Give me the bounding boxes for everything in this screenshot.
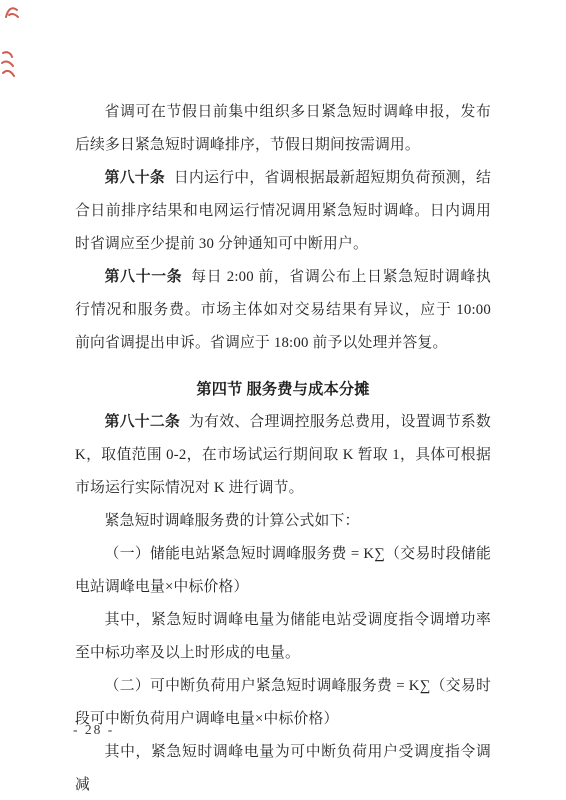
paragraph: 其中，紧急短时调峰电量为可中断负荷用户受调度指令调减 bbox=[75, 736, 491, 800]
red-ink-mark-icon bbox=[0, 49, 16, 84]
document-body: 省调可在节假日前集中组织多日紧急短时调峰申报，发布后续多日紧急短时调峰排序，节假… bbox=[75, 96, 491, 800]
formula-storage-station: （一）储能电站紧急短时调峰服务费 = K∑（交易时段储能电站调峰电量×中标价格） bbox=[75, 538, 491, 604]
paragraph-article-82: 第八十二条为有效、合理调控服务总费用，设置调节系数 K，取值范围 0-2，在市场… bbox=[75, 406, 491, 505]
paragraph-text: 其中，紧急短时调峰电量为储能电站受调度指令调增功率至中标功率及以上时形成的电量。 bbox=[75, 612, 491, 661]
red-ink-mark-icon bbox=[4, 3, 21, 27]
paragraph: 省调可在节假日前集中组织多日紧急短时调峰申报，发布后续多日紧急短时调峰排序，节假… bbox=[75, 96, 491, 162]
paragraph-article-81: 第八十一条每日 2:00 前，省调公布上日紧急短时调峰执行情况和服务费。市场主体… bbox=[75, 261, 491, 360]
paragraph-text: （一）储能电站紧急短时调峰服务费 = K∑（交易时段储能电站调峰电量×中标价格） bbox=[75, 546, 491, 595]
paragraph-text: 其中，紧急短时调峰电量为可中断负荷用户受调度指令调减 bbox=[75, 744, 491, 793]
formula-interruptible-load: （二）可中断负荷用户紧急短时调峰服务费 = K∑（交易时段可中断负荷用户调峰电量… bbox=[75, 670, 491, 736]
article-number: 第八十二条 bbox=[105, 414, 181, 430]
section-heading: 第四节 服务费与成本分摊 bbox=[75, 373, 491, 406]
article-number: 第八十一条 bbox=[105, 269, 183, 285]
paragraph-text: （二）可中断负荷用户紧急短时调峰服务费 = K∑（交易时段可中断负荷用户调峰电量… bbox=[75, 678, 491, 727]
paragraph: 紧急短时调峰服务费的计算公式如下： bbox=[75, 505, 491, 538]
paragraph: 其中，紧急短时调峰电量为储能电站受调度指令调增功率至中标功率及以上时形成的电量。 bbox=[75, 604, 491, 670]
page-number: - 28 - bbox=[73, 720, 114, 740]
document-page: 省调可在节假日前集中组织多日紧急短时调峰申报，发布后续多日紧急短时调峰排序，节假… bbox=[0, 0, 566, 800]
paragraph-text: 省调可在节假日前集中组织多日紧急短时调峰申报，发布后续多日紧急短时调峰排序，节假… bbox=[75, 104, 491, 153]
paragraph-article-80: 第八十条日内运行中，省调根据最新超短期负荷预测，结合日前排序结果和电网运行情况调… bbox=[75, 162, 491, 261]
paragraph-text: 紧急短时调峰服务费的计算公式如下： bbox=[105, 513, 360, 529]
article-number: 第八十条 bbox=[105, 170, 165, 186]
